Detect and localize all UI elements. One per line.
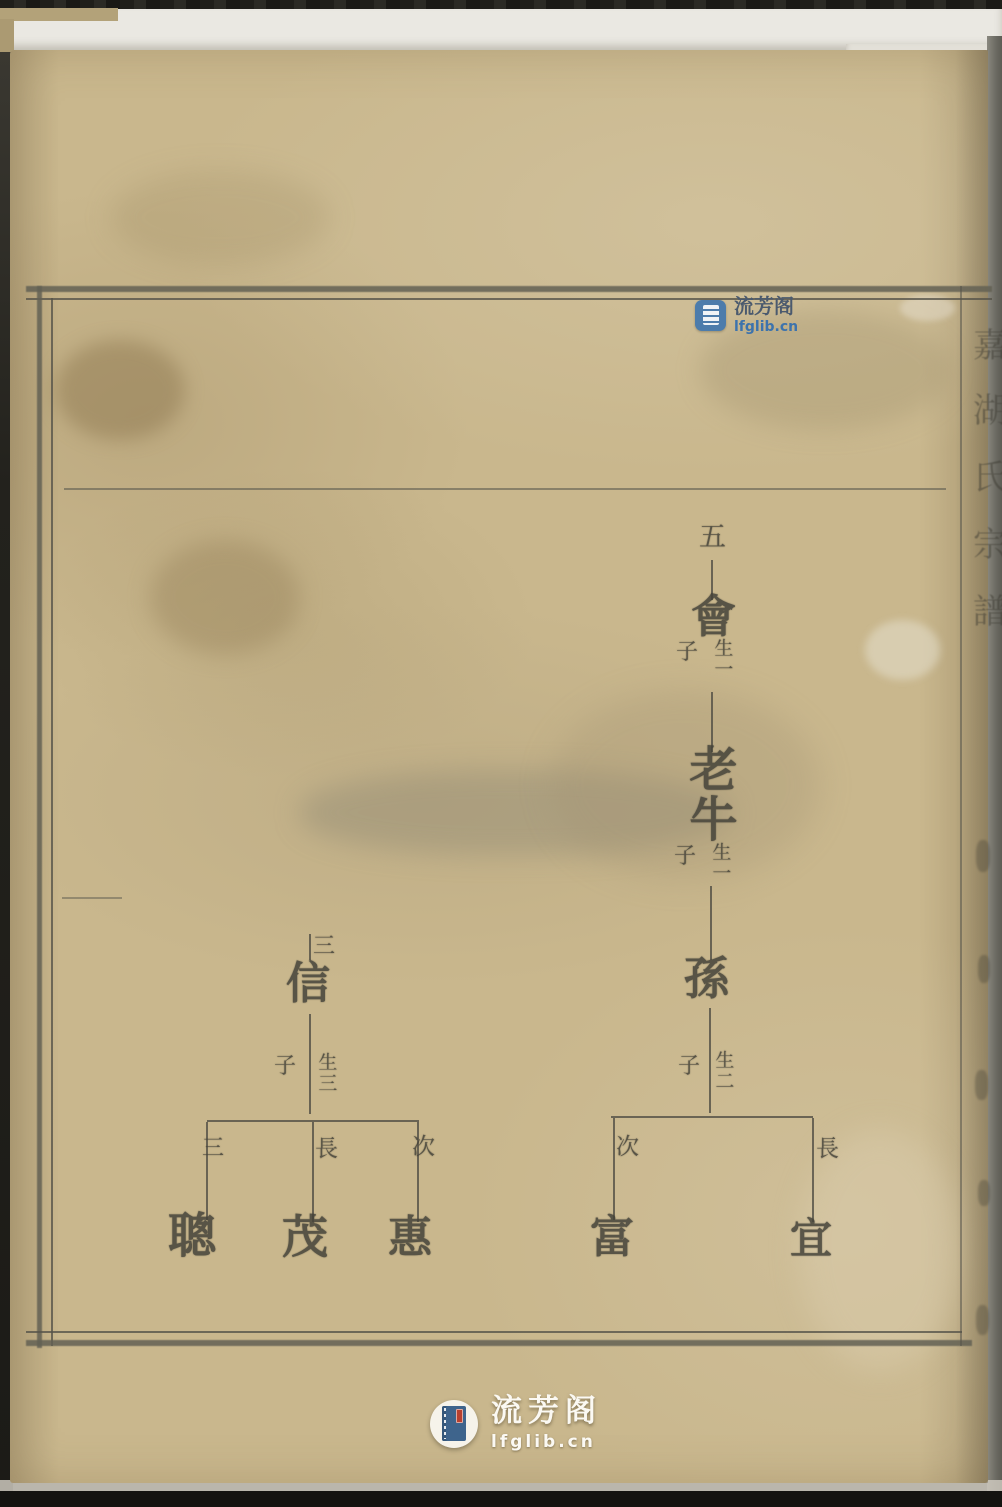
descent-line (812, 1118, 814, 1222)
book-icon (695, 300, 726, 331)
watermark-site-name: 流芳阁 (491, 1396, 602, 1427)
spine-char: 譜 (973, 584, 1002, 633)
spine-ink-fragment (976, 1305, 989, 1335)
son-label: 子 (274, 1056, 296, 1078)
descent-line (312, 1122, 314, 1222)
paper-stain (150, 540, 300, 655)
birth-order-label: 次 (412, 1136, 435, 1159)
generation-label: 五 (699, 524, 726, 552)
frame-top-outer (26, 286, 992, 292)
frame-right-divider (960, 286, 962, 1346)
person-name-child: 聰 (168, 1212, 216, 1261)
generation-label: 三 (313, 936, 335, 958)
birth-order-label: 長 (315, 1138, 338, 1161)
spine-char: 嘉 (973, 318, 1002, 367)
paper-stain (55, 340, 185, 440)
short-rule (62, 897, 122, 899)
descent-line (309, 1014, 311, 1114)
paper-stain (300, 770, 730, 855)
son-label: 子 (678, 1056, 700, 1078)
birth-note: 生二 (713, 1050, 732, 1092)
scan-bottom-edge (0, 1491, 1002, 1507)
watermark-site-name: 流芳阁 (734, 296, 798, 316)
watermark-site-url: lfglib.cn (491, 1434, 602, 1451)
frame-left-inner (51, 298, 53, 1346)
person-name-child: 富 (590, 1216, 634, 1261)
spine-char: 氏 (973, 450, 1002, 499)
order-tick-line (309, 934, 311, 960)
watermark-site-url: lfglib.cn (734, 320, 798, 334)
paper-stain (110, 170, 330, 265)
spine-char: 湖 (973, 383, 1002, 432)
stitched-book-glyph (442, 1406, 466, 1441)
frame-bottom-inner (26, 1331, 962, 1333)
watermark-top: 流芳阁 lfglib.cn (695, 296, 798, 334)
person-name-third: 孫 (684, 956, 729, 1002)
book-edge-corner (0, 19, 14, 53)
birth-note: 生一 (710, 842, 729, 884)
birth-order-label: 三 (202, 1138, 224, 1160)
son-label: 子 (674, 846, 696, 868)
spine-ink-fragment (976, 840, 990, 872)
son-label: 子 (676, 642, 698, 664)
descent-line (613, 1118, 615, 1220)
descent-line (710, 886, 712, 960)
person-name-child: 宜 (790, 1218, 832, 1261)
book-stitch-marks (444, 1408, 446, 1439)
person-name-second: 老牛 (684, 744, 733, 844)
frame-bottom-outer (26, 1340, 972, 1346)
paper-sheet: 嘉 湖 氏 宗 譜 五 會 子 生一 老牛 子 生一 孫 子 生二 長 宜 (10, 50, 988, 1483)
book-pages-glyph (703, 305, 719, 325)
birth-order-label: 長 (816, 1138, 839, 1161)
spine-ink-fragment (975, 1070, 988, 1100)
spine-char: 宗 (973, 517, 1002, 566)
book-badge-icon (430, 1400, 478, 1448)
scanned-genealogy-page: 嘉 湖 氏 宗 譜 五 會 子 生一 老牛 子 生一 孫 子 生二 長 宜 (0, 0, 1002, 1507)
branch-line (611, 1116, 813, 1118)
frame-left-outer (37, 286, 42, 1348)
watermark-bottom: 流芳阁 lfglib.cn (430, 1396, 602, 1451)
book-edge-sliver (0, 8, 118, 21)
person-name-ancestor: 會 (691, 594, 736, 640)
person-name-child: 茂 (282, 1214, 328, 1261)
book-title-label (456, 1409, 463, 1423)
descent-line (709, 1008, 711, 1113)
spine-ink-fragment (978, 955, 990, 983)
descent-line (711, 692, 713, 752)
scan-right-edge (987, 36, 1002, 1492)
birth-note: 生一 (712, 638, 731, 680)
paper-scuff (865, 620, 940, 680)
section-rule (64, 488, 946, 490)
spine-ink-fragment (978, 1180, 990, 1206)
birth-note: 生三 (316, 1052, 335, 1094)
person-name-child: 惠 (388, 1216, 432, 1261)
birth-order-label: 次 (616, 1136, 639, 1159)
frame-top-inner (26, 298, 992, 300)
person-name-ancestor: 信 (286, 962, 330, 1007)
